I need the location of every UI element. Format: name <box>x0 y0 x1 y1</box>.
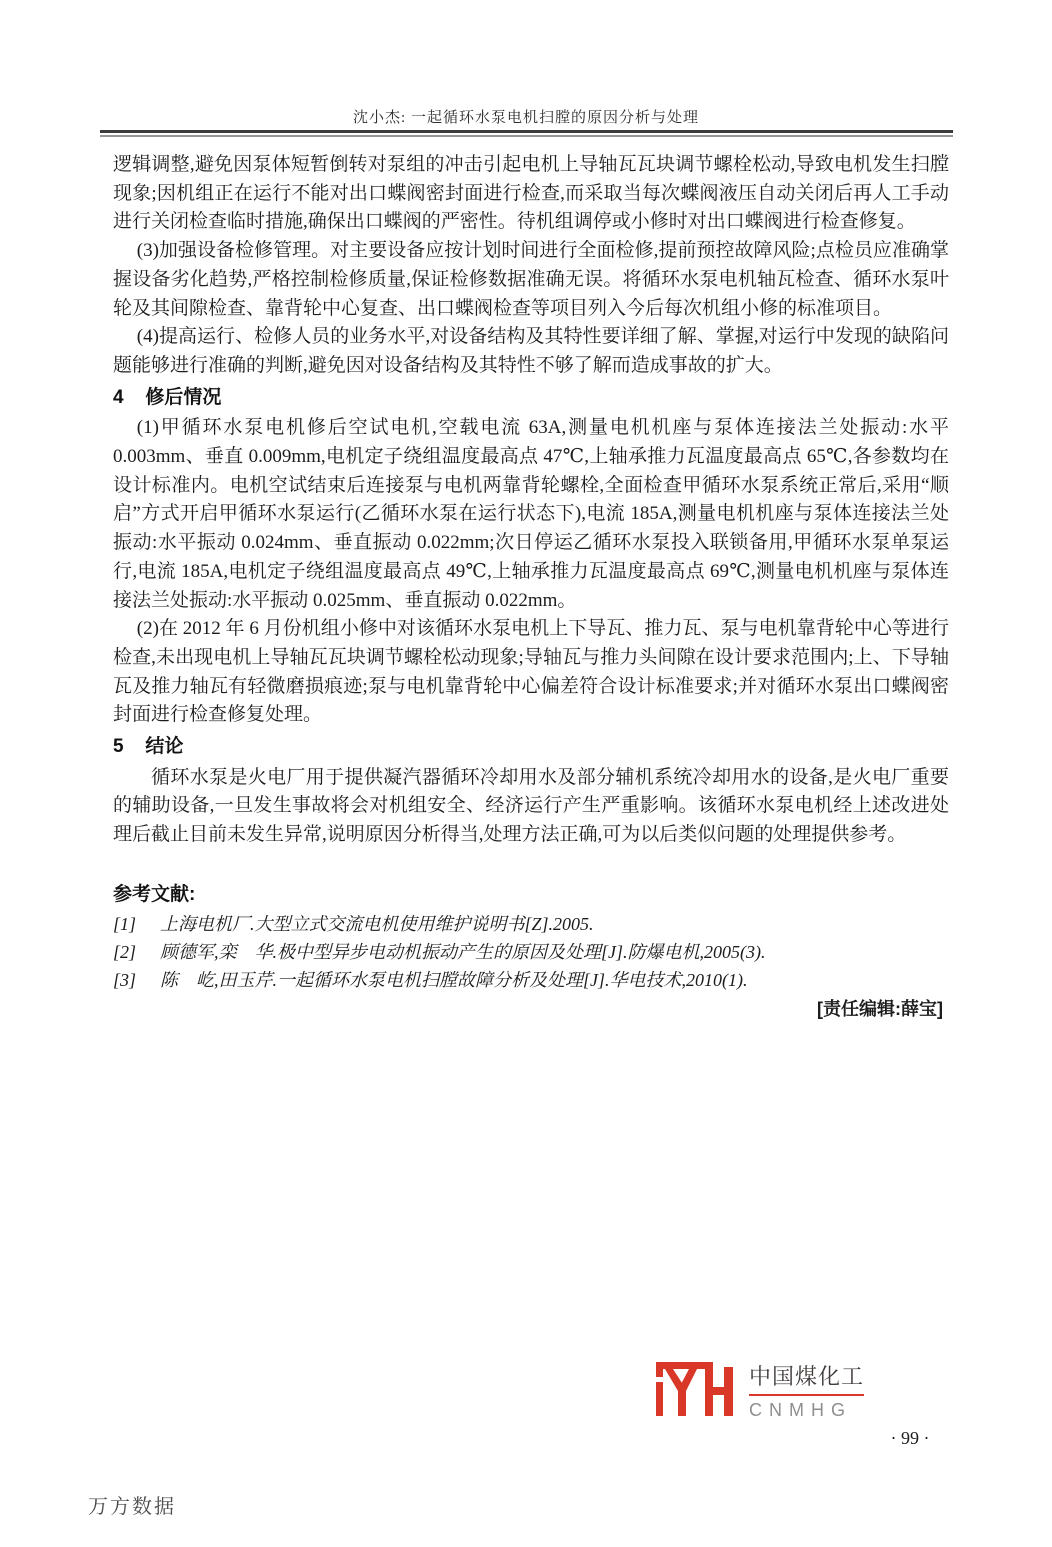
divider-line-top <box>100 130 953 133</box>
divider-line-bottom <box>100 135 953 137</box>
section-number: 4 <box>113 387 124 408</box>
cnmhg-monogram-icon <box>656 1360 738 1416</box>
paragraph-continuation: 逻辑调整,避免因泵体短暂倒转对泵组的冲击引起电机上导轴瓦瓦块调节螺栓松动,导致电… <box>113 151 949 237</box>
logo-text: 中国煤化工 CNMHG <box>749 1360 864 1421</box>
section-title: 修后情况 <box>145 387 221 408</box>
page-number: · 99 · <box>855 1428 965 1449</box>
editor-note: [责任编辑:薛宝] <box>113 996 949 1023</box>
reference-label: [2] <box>113 938 160 966</box>
paragraph-measure-4: (4)提高运行、检修人员的业务水平,对设备结构及其特性要详细了解、掌握,对运行中… <box>113 323 949 380</box>
reference-label: [3] <box>113 966 160 994</box>
wanfang-watermark: 万方数据 <box>88 1490 176 1519</box>
reference-text: 顾德军,栾 华.极中型异步电动机振动产生的原因及处理[J].防爆电机,2005(… <box>160 938 765 966</box>
logo-name-cn: 中国煤化工 <box>749 1360 864 1396</box>
reference-text: 上海电机厂.大型立式交流电机使用维护说明书[Z].2005. <box>160 910 594 938</box>
reference-item: [1] 上海电机厂.大型立式交流电机使用维护说明书[Z].2005. <box>113 910 949 938</box>
paragraph-repair-item-1: (1)甲循环水泵电机修后空试电机,空载电流 63A,测量电机机座与泵体连接法兰处… <box>113 414 949 615</box>
journal-page: 沈小杰: 一起循环水泵电机扫膛的原因分析与处理 逻辑调整,避免因泵体短暂倒转对泵… <box>0 0 1052 1547</box>
reference-item: [3] 陈 屹,田玉芹.一起循环水泵电机扫膛故障分析及处理[J].华电技术,20… <box>113 966 949 994</box>
logo-name-en: CNMHG <box>749 1400 864 1421</box>
section-title: 结论 <box>145 736 183 757</box>
section-heading-4: 4修后情况 <box>113 384 949 413</box>
paragraph-measure-3: (3)加强设备检修管理。对主要设备应按计划时间进行全面检修,提前预控故障风险;点… <box>113 237 949 323</box>
section-heading-5: 5结论 <box>113 733 949 762</box>
reference-text: 陈 屹,田玉芹.一起循环水泵电机扫膛故障分析及处理[J].华电技术,2010(1… <box>160 966 748 994</box>
reference-label: [1] <box>113 910 160 938</box>
running-title: 沈小杰: 一起循环水泵电机扫膛的原因分析与处理 <box>0 106 1052 127</box>
section-number: 5 <box>113 736 124 757</box>
paragraph-conclusion: 循环水泵是火电厂用于提供凝汽器循环冷却用水及部分辅机系统冷却用水的设备,是火电厂… <box>113 764 949 850</box>
article-body: 逻辑调整,避免因泵体短暂倒转对泵组的冲击引起电机上导轴瓦瓦块调节螺栓松动,导致电… <box>113 151 949 1023</box>
paragraph-repair-item-2: (2)在 2012 年 6 月份机组小修中对该循环水泵电机上下导瓦、推力瓦、泵与… <box>113 615 949 730</box>
cnmhg-logo: 中国煤化工 CNMHG <box>656 1360 864 1421</box>
references-heading: 参考文献: <box>113 881 949 910</box>
reference-item: [2] 顾德军,栾 华.极中型异步电动机振动产生的原因及处理[J].防爆电机,2… <box>113 938 949 966</box>
header-divider <box>100 130 953 137</box>
